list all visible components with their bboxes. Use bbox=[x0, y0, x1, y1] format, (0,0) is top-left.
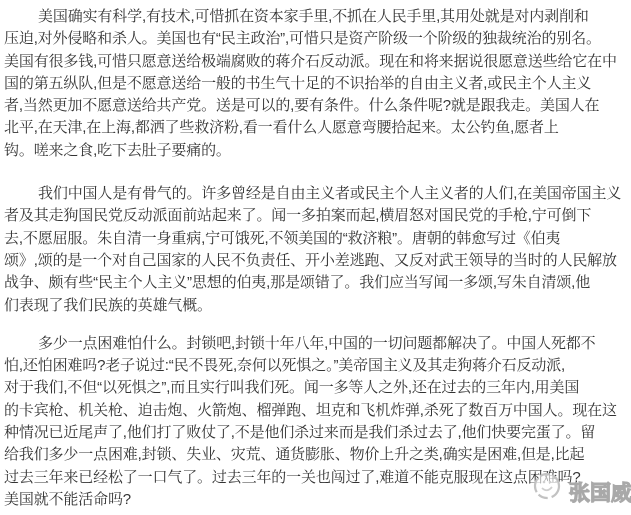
text-line: 种情况已近尾声了,他们打了败仗了,不是他们杀过来而是我们杀过去了,他们快要完蛋了… bbox=[4, 422, 627, 444]
text-line: 对于我们,不但“以死惧之”,而且实行叫我们死。闻一多等人之外,还在过去的三年内,… bbox=[4, 377, 627, 399]
paragraph-3: 多少一点困难怕什么。封锁吧,封锁十年八年,中国的一切问题都解决了。中国人死都不 … bbox=[4, 333, 627, 511]
text-line: 美国确实有科学,有技术,可惜抓在资本家手里,不抓在人民手里,其用处就是对内剥削和 bbox=[4, 6, 627, 28]
text-line: 者,当然更加不愿意送给共产党。送是可以的,要有条件。什么条件呢?就是跟我走。美国… bbox=[4, 95, 627, 117]
text-line: 美国就不能活命吗? bbox=[4, 489, 627, 511]
paragraph-1: 美国确实有科学,有技术,可惜抓在资本家手里,不抓在人民手里,其用处就是对内剥削和… bbox=[4, 6, 627, 162]
text-line: 怕,还怕困难吗?老子说过:“民不畏死,奈何以死惧之。”美帝国主义及其走狗蒋介石反… bbox=[4, 355, 627, 377]
text-line: 给我们多少一点困难,封锁、失业、灾荒、通货膨胀、物价上升之类,确实是困难,但是,… bbox=[4, 444, 627, 466]
text-line: 过去三年来已经松了一口气了。过去三年的一关也闯过了,难道不能克服现在这点困难吗? bbox=[4, 467, 627, 489]
text-line: 钩。嗟来之食,吃下去肚子要痛的。 bbox=[4, 140, 627, 162]
text-line: 战争、颇有些“民主个人主义”思想的伯夷,那是颂错了。我们应当写闻一多颂,写朱自清… bbox=[4, 272, 627, 294]
text-line: 压迫,对外侵略和杀人。美国也有“民主政治”,可惜只是资产阶级一个阶级的独裁统治的… bbox=[4, 28, 627, 50]
text-line: 去,不愿屈服。朱自清一身重病,宁可饿死,不领美国的“救济粮”。唐朝的韩愈写过《伯… bbox=[4, 228, 627, 250]
text-line: 的卡宾枪、机关枪、迫击炮、火箭炮、榴弹跑、坦克和飞机炸弹,杀死了数百万中国人。现… bbox=[4, 400, 627, 422]
text-line: 们表现了我们民族的英雄气概。 bbox=[4, 295, 627, 317]
text-line: 多少一点困难怕什么。封锁吧,封锁十年八年,中国的一切问题都解决了。中国人死都不 bbox=[4, 333, 627, 355]
text-line: 国的第五纵队,但是不愿意送给一般的书生气十足的不识抬举的自由主义者,或民主个人主… bbox=[4, 73, 627, 95]
text-line: 美国有很多钱,可惜只愿意送给极端腐败的蒋介石反动派。现在和将来据说很愿意送些给它… bbox=[4, 51, 627, 73]
text-line: 者及其走狗国民党反动派面前站起来了。闻一多拍案而起,横眉怒对国民党的手枪,宁可倒… bbox=[4, 205, 627, 227]
text-line: 颂》,颂的是一个对自己国家的人民不负责任、开小差逃跑、又反对武王领导的当时的人民… bbox=[4, 250, 627, 272]
text-line: 我们中国人是有骨气的。许多曾经是自由主义者或民主个人主义者的人们,在美国帝国主义 bbox=[4, 183, 627, 205]
paragraph-2: 我们中国人是有骨气的。许多曾经是自由主义者或民主个人主义者的人们,在美国帝国主义… bbox=[4, 183, 627, 317]
document-page: { "page": { "background": "#ffffff", "te… bbox=[0, 0, 631, 515]
text-line: 北平,在天津,在上海,都洒了些救济粉,看一看什么人愿意弯腰拾起来。太公钓鱼,愿者… bbox=[4, 117, 627, 139]
document-body: 美国确实有科学,有技术,可惜抓在资本家手里,不抓在人民手里,其用处就是对内剥削和… bbox=[0, 0, 631, 511]
